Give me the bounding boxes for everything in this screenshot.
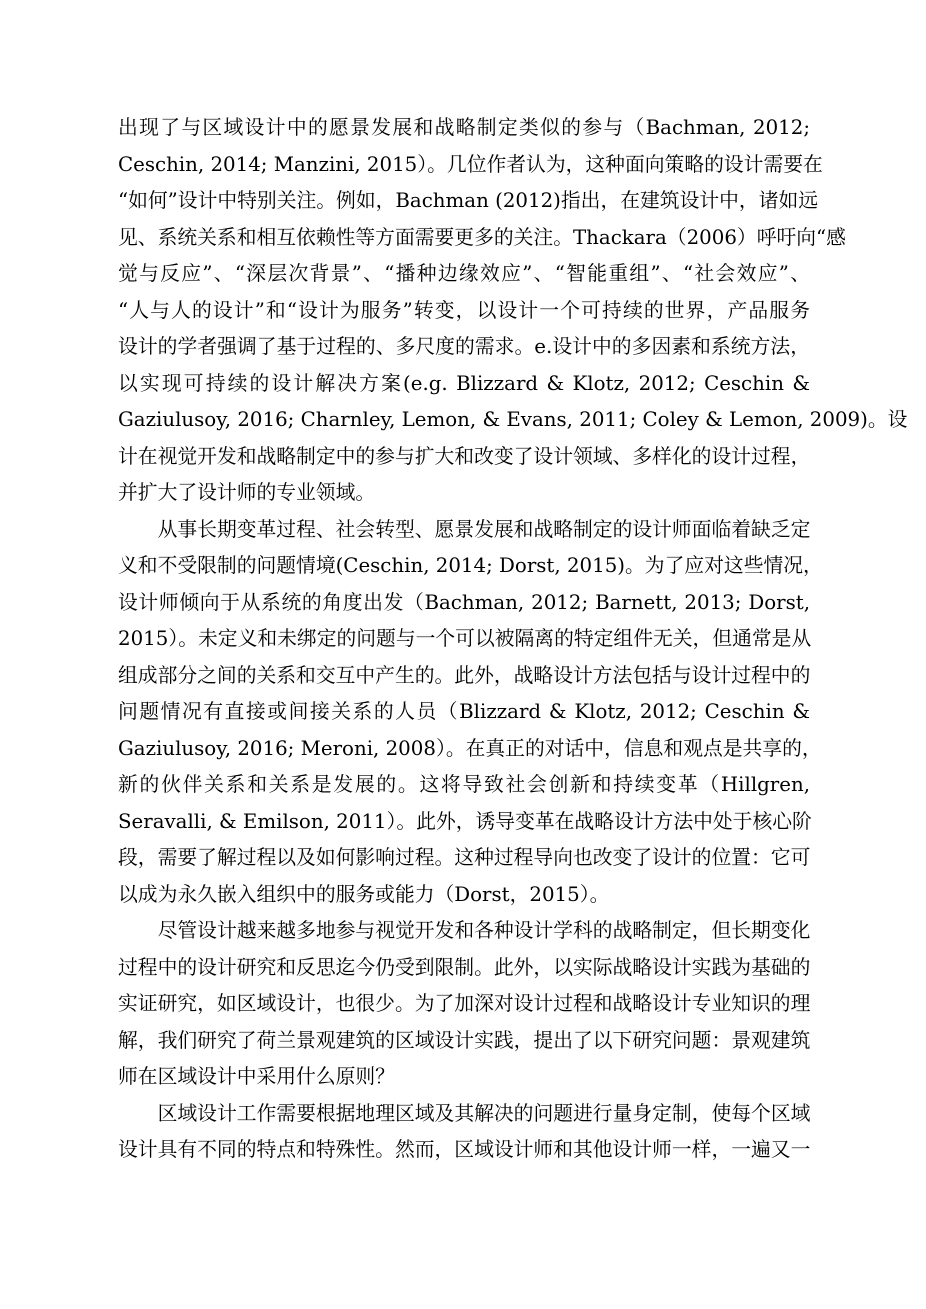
text-line: “如何”设计中特别关注。例如，Bachman (2012)指出，在建筑设计中，诸…	[118, 183, 810, 220]
paragraph-2: 从事长期变革过程、社会转型、愿景发展和战略制定的设计师面临着缺乏定 义和不受限制…	[118, 512, 810, 914]
text-line: Gaziulusoy, 2016; Charnley, Lemon, & Eva…	[118, 402, 810, 439]
text-line: 新的伙伴关系和关系是发展的。这将导致社会创新和持续变革（Hillgren,	[118, 767, 810, 804]
text-line: “人与人的设计”和“设计为服务”转变，以设计一个可持续的世界，产品服务	[118, 293, 810, 330]
text-line: Ceschin, 2014; Manzini, 2015）。几位作者认为，这种面…	[118, 147, 810, 184]
text-line: 段，需要了解过程以及如何影响过程。这种过程导向也改变了设计的位置：它可	[118, 840, 810, 877]
text-line: 以实现可持续的设计解决方案(e.g. Blizzard & Klotz, 201…	[118, 366, 810, 403]
text-line: Gaziulusoy, 2016; Meroni, 2008）。在真正的对话中，…	[118, 731, 810, 768]
text-line: 出现了与区域设计中的愿景发展和战略制定类似的参与（Bachman, 2012;	[118, 110, 810, 147]
text-line: 从事长期变革过程、社会转型、愿景发展和战略制定的设计师面临着缺乏定	[118, 512, 810, 549]
text-line: 2015）。未定义和未绑定的问题与一个可以被隔离的特定组件无关，但通常是从	[118, 621, 810, 658]
text-line: 区域设计工作需要根据地理区域及其解决的问题进行量身定制，使每个区域	[118, 1096, 810, 1133]
paragraph-3: 尽管设计越来越多地参与视觉开发和各种设计学科的战略制定，但长期变化 过程中的设计…	[118, 913, 810, 1096]
document-page: 出现了与区域设计中的愿景发展和战略制定类似的参与（Bachman, 2012; …	[0, 0, 926, 1309]
text-line: 并扩大了设计师的专业领域。	[118, 475, 810, 512]
text-line: 义和不受限制的问题情境(Ceschin, 2014; Dorst, 2015)。…	[118, 548, 810, 585]
text-line: 师在区域设计中采用什么原则？	[118, 1059, 810, 1096]
text-line: 计在视觉开发和战略制定中的参与扩大和改变了设计领域、多样化的设计过程，	[118, 439, 810, 476]
text-line: 以成为永久嵌入组织中的服务或能力（Dorst，2015）。	[118, 877, 810, 914]
paragraph-1: 出现了与区域设计中的愿景发展和战略制定类似的参与（Bachman, 2012; …	[118, 110, 810, 512]
text-line: 设计师倾向于从系统的角度出发（Bachman, 2012; Barnett, 2…	[118, 585, 810, 622]
text-line: 问题情况有直接或间接关系的人员（Blizzard & Klotz, 2012; …	[118, 694, 810, 731]
text-line: 设计的学者强调了基于过程的、多尺度的需求。e.设计中的多因素和系统方法，	[118, 329, 810, 366]
text-line: 组成部分之间的关系和交互中产生的。此外，战略设计方法包括与设计过程中的	[118, 658, 810, 695]
paragraph-4: 区域设计工作需要根据地理区域及其解决的问题进行量身定制，使每个区域 设计具有不同…	[118, 1096, 810, 1169]
text-line: 过程中的设计研究和反思迄今仍受到限制。此外，以实际战略设计实践为基础的	[118, 950, 810, 987]
text-line: 实证研究，如区域设计，也很少。为了加深对设计过程和战略设计专业知识的理	[118, 986, 810, 1023]
text-line: 解，我们研究了荷兰景观建筑的区域设计实践，提出了以下研究问题：景观建筑	[118, 1023, 810, 1060]
text-line: 觉与反应”、“深层次背景”、“播种边缘效应”、“智能重组”、“社会效应”、	[118, 256, 810, 293]
text-line: Seravalli, & Emilson, 2011）。此外，诱导变革在战略设计…	[118, 804, 810, 841]
text-line: 见、系统关系和相互依赖性等方面需要更多的关注。Thackara（2006）呼吁向…	[118, 220, 810, 257]
text-line: 设计具有不同的特点和特殊性。然而，区域设计师和其他设计师一样，一遍又一	[118, 1132, 810, 1169]
text-line: 尽管设计越来越多地参与视觉开发和各种设计学科的战略制定，但长期变化	[118, 913, 810, 950]
